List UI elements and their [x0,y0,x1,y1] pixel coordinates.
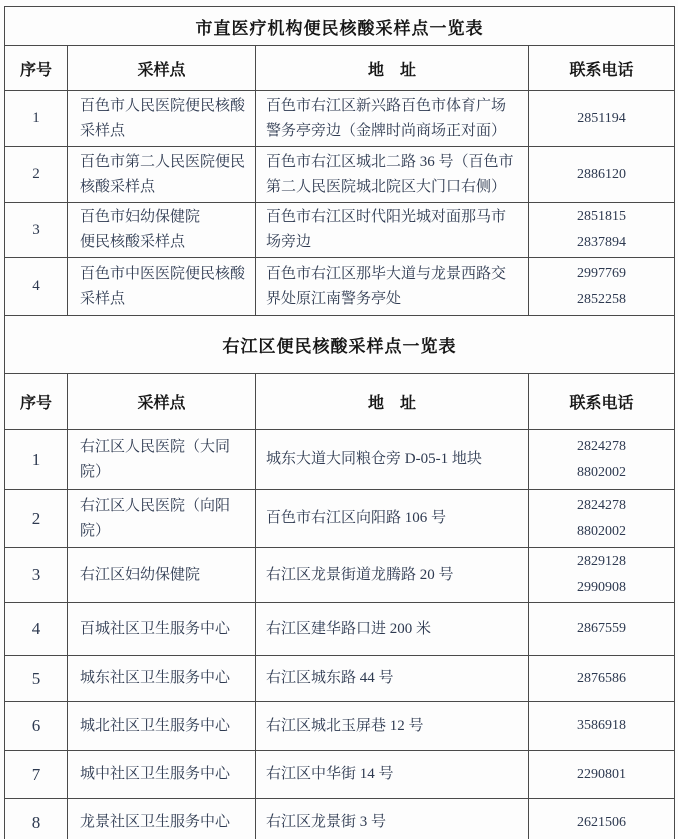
table1-title-row: 市直医疗机构便民核酸采样点一览表 [5,7,675,46]
phone-cell: 2851194 [529,91,675,147]
phone-cell: 2867559 [529,603,675,656]
point-cell: 百色市人民医院便民核酸 采样点 [68,91,256,147]
column-header-phone: 联系电话 [529,46,675,91]
phone-number: 8802002 [530,460,673,486]
address-cell: 百色市右江区城北二路 36 号（百色市 第二人民医院城北院区大门口右侧） [256,147,529,203]
address-cell: 右江区城北玉屏巷 12 号 [256,702,529,751]
phone-number: 2851194 [530,106,673,132]
phone-number: 8802002 [530,519,673,545]
phone-number: 2876586 [530,666,673,692]
phone-number: 2621506 [530,810,673,836]
address-cell: 百色市右江区向阳路 106 号 [256,490,529,548]
address-cell: 右江区龙景街道龙腾路 20 号 [256,548,529,603]
phone-number: 3586918 [530,713,673,739]
point-cell: 右江区人民医院（大同院） [68,430,256,490]
phone-number: 2990908 [530,575,673,601]
phone-number: 2824278 [530,434,673,460]
seq-cell: 3 [5,548,68,603]
table-row: 4 百城社区卫生服务中心 右江区建华路口进 200 米 2867559 [5,603,675,656]
phone-cell: 2829128 2990908 [529,548,675,603]
phone-number: 2851815 [530,204,673,230]
phone-cell: 2824278 8802002 [529,490,675,548]
address-cell: 百色市右江区时代阳光城对面那马市 场旁边 [256,203,529,258]
seq-cell: 1 [5,91,68,147]
phone-number: 2824278 [530,493,673,519]
sampling-points-table: 市直医疗机构便民核酸采样点一览表 序号 采样点 地 址 联系电话 1 百色市人民… [4,6,675,839]
phone-cell: 3586918 [529,702,675,751]
table-row: 1 百色市人民医院便民核酸 采样点 百色市右江区新兴路百色市体育广场 警务亭旁边… [5,91,675,147]
seq-cell: 1 [5,430,68,490]
seq-cell: 2 [5,490,68,548]
point-cell: 百色市中医医院便民核酸 采样点 [68,258,256,316]
phone-cell: 2290801 [529,751,675,799]
phone-number: 2852258 [530,287,673,313]
seq-cell: 8 [5,799,68,839]
table-row: 4 百色市中医医院便民核酸 采样点 百色市右江区那毕大道与龙景西路交 界处原江南… [5,258,675,316]
point-cell: 右江区妇幼保健院 [68,548,256,603]
phone-cell: 2886120 [529,147,675,203]
seq-cell: 4 [5,258,68,316]
table-row: 8 龙景社区卫生服务中心 右江区龙景街 3 号 2621506 [5,799,675,839]
phone-cell: 2997769 2852258 [529,258,675,316]
point-cell: 城北社区卫生服务中心 [68,702,256,751]
seq-cell: 5 [5,656,68,702]
table-row: 2 百色市第二人民医院便民 核酸采样点 百色市右江区城北二路 36 号（百色市 … [5,147,675,203]
column-header-address: 地 址 [256,46,529,91]
address-cell: 右江区建华路口进 200 米 [256,603,529,656]
address-cell: 右江区龙景街 3 号 [256,799,529,839]
address-cell: 百色市右江区新兴路百色市体育广场 警务亭旁边（金牌时尚商场正对面） [256,91,529,147]
address-cell: 右江区城东路 44 号 [256,656,529,702]
phone-number: 2290801 [530,762,673,788]
point-cell: 百色市妇幼保健院 便民核酸采样点 [68,203,256,258]
phone-cell: 2824278 8802002 [529,430,675,490]
address-cell: 城东大道大同粮仓旁 D-05-1 地块 [256,430,529,490]
column-header-point: 采样点 [68,374,256,430]
document-page: 市直医疗机构便民核酸采样点一览表 序号 采样点 地 址 联系电话 1 百色市人民… [0,0,678,839]
table2-title-row: 右江区便民核酸采样点一览表 [5,316,675,374]
phone-number: 2867559 [530,616,673,642]
point-cell: 城中社区卫生服务中心 [68,751,256,799]
point-cell: 龙景社区卫生服务中心 [68,799,256,839]
table-row: 7 城中社区卫生服务中心 右江区中华街 14 号 2290801 [5,751,675,799]
point-cell: 百色市第二人民医院便民 核酸采样点 [68,147,256,203]
table1-title: 市直医疗机构便民核酸采样点一览表 [5,7,675,46]
column-header-address: 地 址 [256,374,529,430]
column-header-point: 采样点 [68,46,256,91]
seq-cell: 6 [5,702,68,751]
column-header-seq: 序号 [5,374,68,430]
seq-cell: 3 [5,203,68,258]
column-header-phone: 联系电话 [529,374,675,430]
phone-number: 2829128 [530,549,673,575]
point-cell: 右江区人民医院（向阳院） [68,490,256,548]
point-cell: 百城社区卫生服务中心 [68,603,256,656]
address-cell: 百色市右江区那毕大道与龙景西路交 界处原江南警务亭处 [256,258,529,316]
column-header-seq: 序号 [5,46,68,91]
phone-number: 2997769 [530,261,673,287]
table-row: 5 城东社区卫生服务中心 右江区城东路 44 号 2876586 [5,656,675,702]
table-row: 3 右江区妇幼保健院 右江区龙景街道龙腾路 20 号 2829128 29909… [5,548,675,603]
table-row: 1 右江区人民医院（大同院） 城东大道大同粮仓旁 D-05-1 地块 28242… [5,430,675,490]
phone-number: 2886120 [530,162,673,188]
phone-cell: 2876586 [529,656,675,702]
phone-cell: 2621506 [529,799,675,839]
address-cell: 右江区中华街 14 号 [256,751,529,799]
table2-header-row: 序号 采样点 地 址 联系电话 [5,374,675,430]
phone-cell: 2851815 2837894 [529,203,675,258]
point-cell: 城东社区卫生服务中心 [68,656,256,702]
seq-cell: 2 [5,147,68,203]
table-row: 2 右江区人民医院（向阳院） 百色市右江区向阳路 106 号 2824278 8… [5,490,675,548]
phone-number: 2837894 [530,230,673,256]
seq-cell: 7 [5,751,68,799]
table-row: 6 城北社区卫生服务中心 右江区城北玉屏巷 12 号 3586918 [5,702,675,751]
table-row: 3 百色市妇幼保健院 便民核酸采样点 百色市右江区时代阳光城对面那马市 场旁边 … [5,203,675,258]
table1-header-row: 序号 采样点 地 址 联系电话 [5,46,675,91]
table2-title: 右江区便民核酸采样点一览表 [5,316,675,374]
seq-cell: 4 [5,603,68,656]
